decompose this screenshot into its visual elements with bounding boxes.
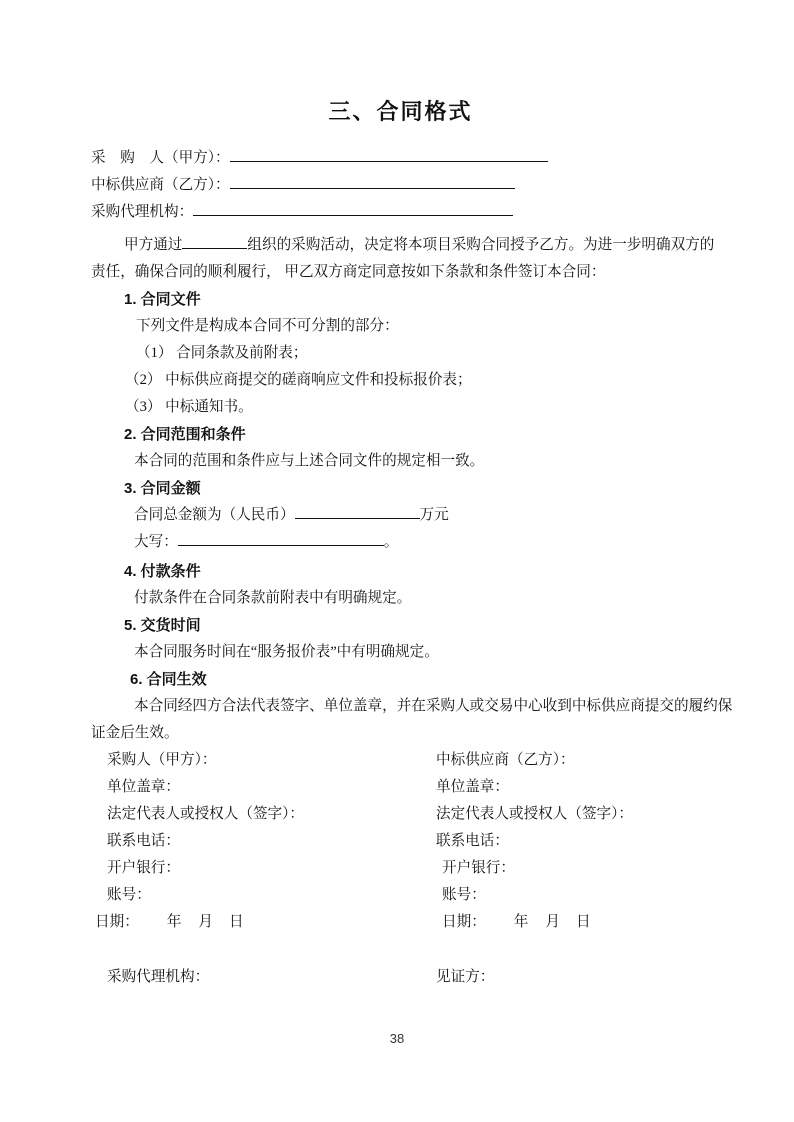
uppercase-label: 大写：	[134, 534, 178, 550]
supplier-blank-line	[230, 173, 515, 189]
section-5: 5. 交货时间 本合同服务时间在“服务报价表”中有明确规定。	[91, 612, 710, 666]
purchaser-blank-line	[230, 146, 548, 162]
section-1-item-3: （3） 中标通知书。	[91, 394, 710, 421]
intro-paragraph: 甲方通过组织的采购活动，决定将本项目采购合同授予乙方。为进一步明确双方的 责任，…	[91, 232, 710, 286]
right-date-month: 月	[545, 914, 560, 930]
page-number: 38	[0, 1025, 794, 1052]
section-4-body: 付款条件在合同条款前附表中有明确规定。	[91, 585, 710, 612]
right-account-label: 账号：	[436, 882, 710, 909]
left-date-row: 日期：年月日	[91, 909, 436, 936]
right-date-day: 日	[576, 914, 591, 930]
intro-blank-line	[182, 233, 247, 249]
intro-before-blank: 甲方通过	[124, 237, 182, 253]
uppercase-blank-line	[178, 530, 384, 546]
right-seal-label: 单位盖章：	[436, 774, 710, 801]
right-representative-label: 法定代表人或授权人（签字）：	[436, 801, 710, 828]
right-phone-label: 联系电话：	[436, 828, 710, 855]
intro-line-1: 甲方通过组织的采购活动，决定将本项目采购合同授予乙方。为进一步明确双方的	[91, 232, 710, 259]
section-6-body-line-1: 本合同经四方合法代表签字、单位盖章，并在采购人或交易中心收到中标供应商提交的履约…	[91, 693, 710, 720]
amount-blank-line	[295, 503, 420, 519]
left-date-day: 日	[229, 914, 244, 930]
section-1-item-2: （2） 中标供应商提交的磋商响应文件和投标报价表；	[91, 367, 710, 394]
field-supplier: 中标供应商（乙方）：	[91, 172, 710, 199]
amount-suffix: 万元	[420, 507, 449, 523]
left-representative-label: 法定代表人或授权人（签字）：	[91, 801, 436, 828]
footer-witness-label: 见证方：	[436, 964, 710, 991]
section-6-body-line-2: 证金后生效。	[91, 720, 710, 747]
intro-line-2: 责任，确保合同的顺利履行， 甲乙双方商定同意按如下条款和条件签订本合同：	[91, 259, 710, 286]
left-phone-label: 联系电话：	[91, 828, 436, 855]
field-purchaser: 采 购 人（甲方）：	[91, 145, 710, 172]
field-agency: 采购代理机构：	[91, 199, 710, 226]
right-bank-label: 开户银行：	[436, 855, 710, 882]
section-2: 2. 合同范围和条件 本合同的范围和条件应与上述合同文件的规定相一致。	[91, 421, 710, 475]
section-3-heading: 3. 合同金额	[91, 475, 710, 502]
section-2-heading: 2. 合同范围和条件	[91, 421, 710, 448]
section-4-heading: 4. 付款条件	[91, 558, 710, 585]
section-6: 6. 合同生效 本合同经四方合法代表签字、单位盖章，并在采购人或交易中心收到中标…	[91, 666, 710, 747]
field-supplier-label: 中标供应商（乙方）：	[91, 177, 230, 193]
left-seal-label: 单位盖章：	[91, 774, 436, 801]
header-fields: 采 购 人（甲方）： 中标供应商（乙方）： 采购代理机构：	[91, 145, 710, 226]
signature-block: 采购人（甲方）： 中标供应商（乙方）： 单位盖章： 单位盖章： 法定代表人或授权…	[91, 747, 710, 936]
section-3-uppercase-line: 大写：。	[91, 529, 710, 556]
right-date-year: 年	[514, 914, 529, 930]
field-agency-label: 采购代理机构：	[91, 204, 193, 220]
amount-prefix: 合同总金额为（人民币）	[134, 507, 295, 523]
left-party-label: 采购人（甲方）：	[91, 747, 436, 774]
section-1-lead: 下列文件是构成本合同不可分割的部分：	[91, 313, 710, 340]
intro-after-blank: 组织的采购活动，决定将本项目采购合同授予乙方。为进一步明确双方的	[247, 237, 714, 253]
section-1-heading: 1. 合同文件	[91, 286, 710, 313]
agency-blank-line	[193, 200, 513, 216]
section-6-heading: 6. 合同生效	[91, 666, 710, 693]
section-5-body: 本合同服务时间在“服务报价表”中有明确规定。	[91, 639, 710, 666]
right-date-row: 日期：年月日	[436, 909, 710, 936]
right-date-label: 日期：	[442, 914, 486, 930]
left-account-label: 账号：	[91, 882, 436, 909]
field-purchaser-label: 采 购 人（甲方）：	[91, 150, 230, 166]
section-3-amount-line: 合同总金额为（人民币）万元	[91, 502, 710, 529]
section-1: 1. 合同文件 下列文件是构成本合同不可分割的部分： （1） 合同条款及前附表；…	[91, 286, 710, 421]
left-bank-label: 开户银行：	[91, 855, 436, 882]
section-4: 4. 付款条件 付款条件在合同条款前附表中有明确规定。	[91, 558, 710, 612]
page-title: 三、合同格式	[91, 98, 710, 126]
section-1-item-1: （1） 合同条款及前附表；	[91, 340, 710, 367]
left-date-month: 月	[198, 914, 213, 930]
section-2-body: 本合同的范围和条件应与上述合同文件的规定相一致。	[91, 448, 710, 475]
section-5-heading: 5. 交货时间	[91, 612, 710, 639]
section-3: 3. 合同金额 合同总金额为（人民币）万元 大写：。	[91, 475, 710, 556]
right-party-label: 中标供应商（乙方）：	[436, 747, 710, 774]
left-date-year: 年	[167, 914, 182, 930]
footer-agency-label: 采购代理机构：	[91, 964, 436, 991]
uppercase-suffix: 。	[384, 534, 399, 550]
left-date-label: 日期：	[95, 914, 139, 930]
contract-format-page: 三、合同格式 采 购 人（甲方）： 中标供应商（乙方）： 采购代理机构： 甲方通…	[0, 0, 794, 1122]
footer-parties: 采购代理机构： 见证方：	[91, 964, 710, 991]
